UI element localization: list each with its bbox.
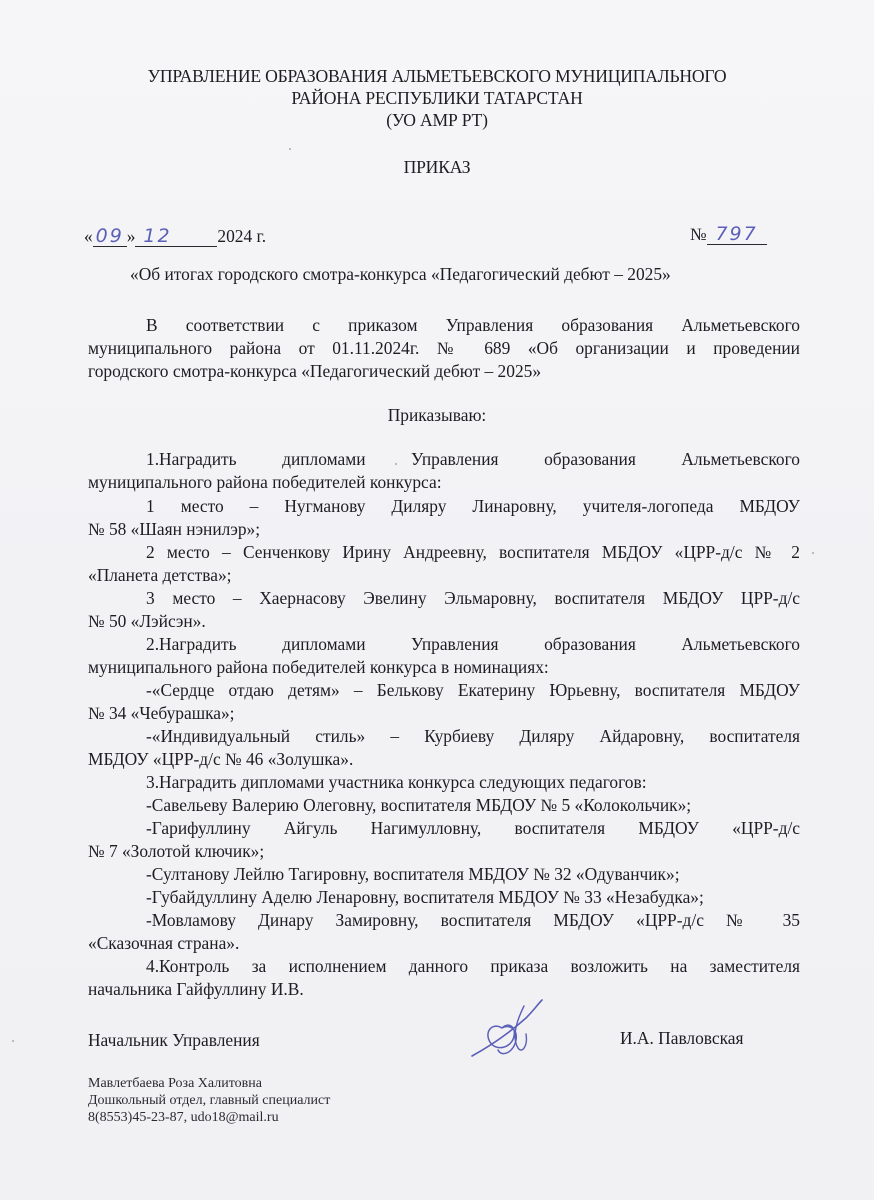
- participant-3: -Султанову Лейлю Тагировну, воспитателя …: [146, 863, 680, 886]
- item-2-heading: 2.Наградить дипломами Управления образов…: [146, 633, 800, 656]
- date-open-quote: «: [84, 226, 93, 246]
- participant-4: -Губайдуллину Аделю Ленаровну, воспитате…: [146, 886, 704, 909]
- place-2: 2 место – Сенченкову Ирину Андреевну, во…: [146, 541, 800, 564]
- nomination-1: -«Сердце отдаю детям» – Белькову Екатери…: [146, 679, 800, 702]
- preamble-line: муниципального района от 01.11.2024г. № …: [88, 337, 800, 360]
- participant-5: «Сказочная страна».: [88, 932, 239, 955]
- participant-2: -Гарифуллину Айгуль Нагимулловну, воспит…: [146, 817, 800, 840]
- item-1-heading: муниципального района победителей конкур…: [88, 471, 442, 494]
- org-name-line-1: УПРАВЛЕНИЕ ОБРАЗОВАНИЯ АЛЬМЕТЬЕВСКОГО МУ…: [0, 66, 874, 86]
- scan-speck: [289, 148, 291, 150]
- participant-2: № 7 «Золотой ключик»;: [88, 840, 264, 863]
- preamble-line: В соответствии с приказом Управления обр…: [146, 314, 800, 337]
- nomination-1: № 34 «Чебурашка»;: [88, 702, 235, 725]
- preamble-line: городского смотра-конкурса «Педагогическ…: [88, 360, 541, 383]
- nomination-2: -«Индивидуальный стиль» – Курбиеву Диляр…: [146, 725, 800, 748]
- item-1-heading: 1.Наградить дипломами Управления образов…: [146, 448, 800, 471]
- place-2: «Планета детства»;: [88, 564, 231, 587]
- signatory-name: И.А. Павловская: [620, 1027, 744, 1050]
- item-4-control: 4.Контроль за исполнением данного приказ…: [146, 955, 800, 978]
- order-number: №797: [690, 223, 767, 246]
- place-3: № 50 «Лэйсэн».: [88, 610, 206, 633]
- item-2-heading: муниципального района победителей конкур…: [88, 656, 549, 679]
- date-year: 2024 г.: [217, 226, 266, 246]
- order-subject: «Об итогах городского смотра-конкурса «П…: [130, 263, 671, 286]
- document-type-title: ПРИКАЗ: [0, 157, 874, 177]
- contact-phone-email: 8(8553)45-23-87, udo18@mail.ru: [88, 1109, 279, 1126]
- contact-name: Мавлетбаева Роза Халитовна: [88, 1075, 262, 1092]
- number-value: 797: [707, 224, 767, 245]
- order-date: «09»122024 г.: [84, 225, 266, 248]
- handwritten-signature-icon: [468, 998, 548, 1062]
- date-month: 12: [135, 226, 217, 247]
- signatory-position: Начальник Управления: [88, 1029, 260, 1052]
- org-abbreviation: (УО АМР РТ): [0, 110, 874, 130]
- document-page: УПРАВЛЕНИЕ ОБРАЗОВАНИЯ АЛЬМЕТЬЕВСКОГО МУ…: [0, 0, 874, 1200]
- scan-speck: [395, 463, 397, 465]
- item-3-heading: 3.Наградить дипломами участника конкурса…: [146, 771, 647, 794]
- scan-speck: [812, 552, 814, 554]
- place-3: 3 место – Хаернасову Эвелину Эльмаровну,…: [146, 587, 800, 610]
- contact-role: Дошкольный отдел, главный специалист: [88, 1092, 330, 1109]
- item-4-control: начальника Гайфуллину И.В.: [88, 978, 304, 1001]
- place-1: № 58 «Шаян нэнилэр»;: [88, 518, 260, 541]
- participant-5: -Мовламову Динару Замировну, воспитателя…: [146, 909, 800, 932]
- order-word: Приказываю:: [0, 404, 874, 427]
- org-name-line-2: РАЙОНА РЕСПУБЛИКИ ТАТАРСТАН: [0, 88, 874, 108]
- nomination-2: МБДОУ «ЦРР-д/с № 46 «Золушка».: [88, 748, 353, 771]
- number-label: №: [690, 224, 707, 244]
- participant-1: -Савельеву Валерию Олеговну, воспитателя…: [146, 794, 691, 817]
- date-day: 09: [93, 226, 127, 247]
- place-1: 1 место – Нугманову Диляру Линаровну, уч…: [146, 495, 800, 518]
- scan-speck: [12, 1040, 14, 1042]
- date-close-quote: »: [127, 226, 136, 246]
